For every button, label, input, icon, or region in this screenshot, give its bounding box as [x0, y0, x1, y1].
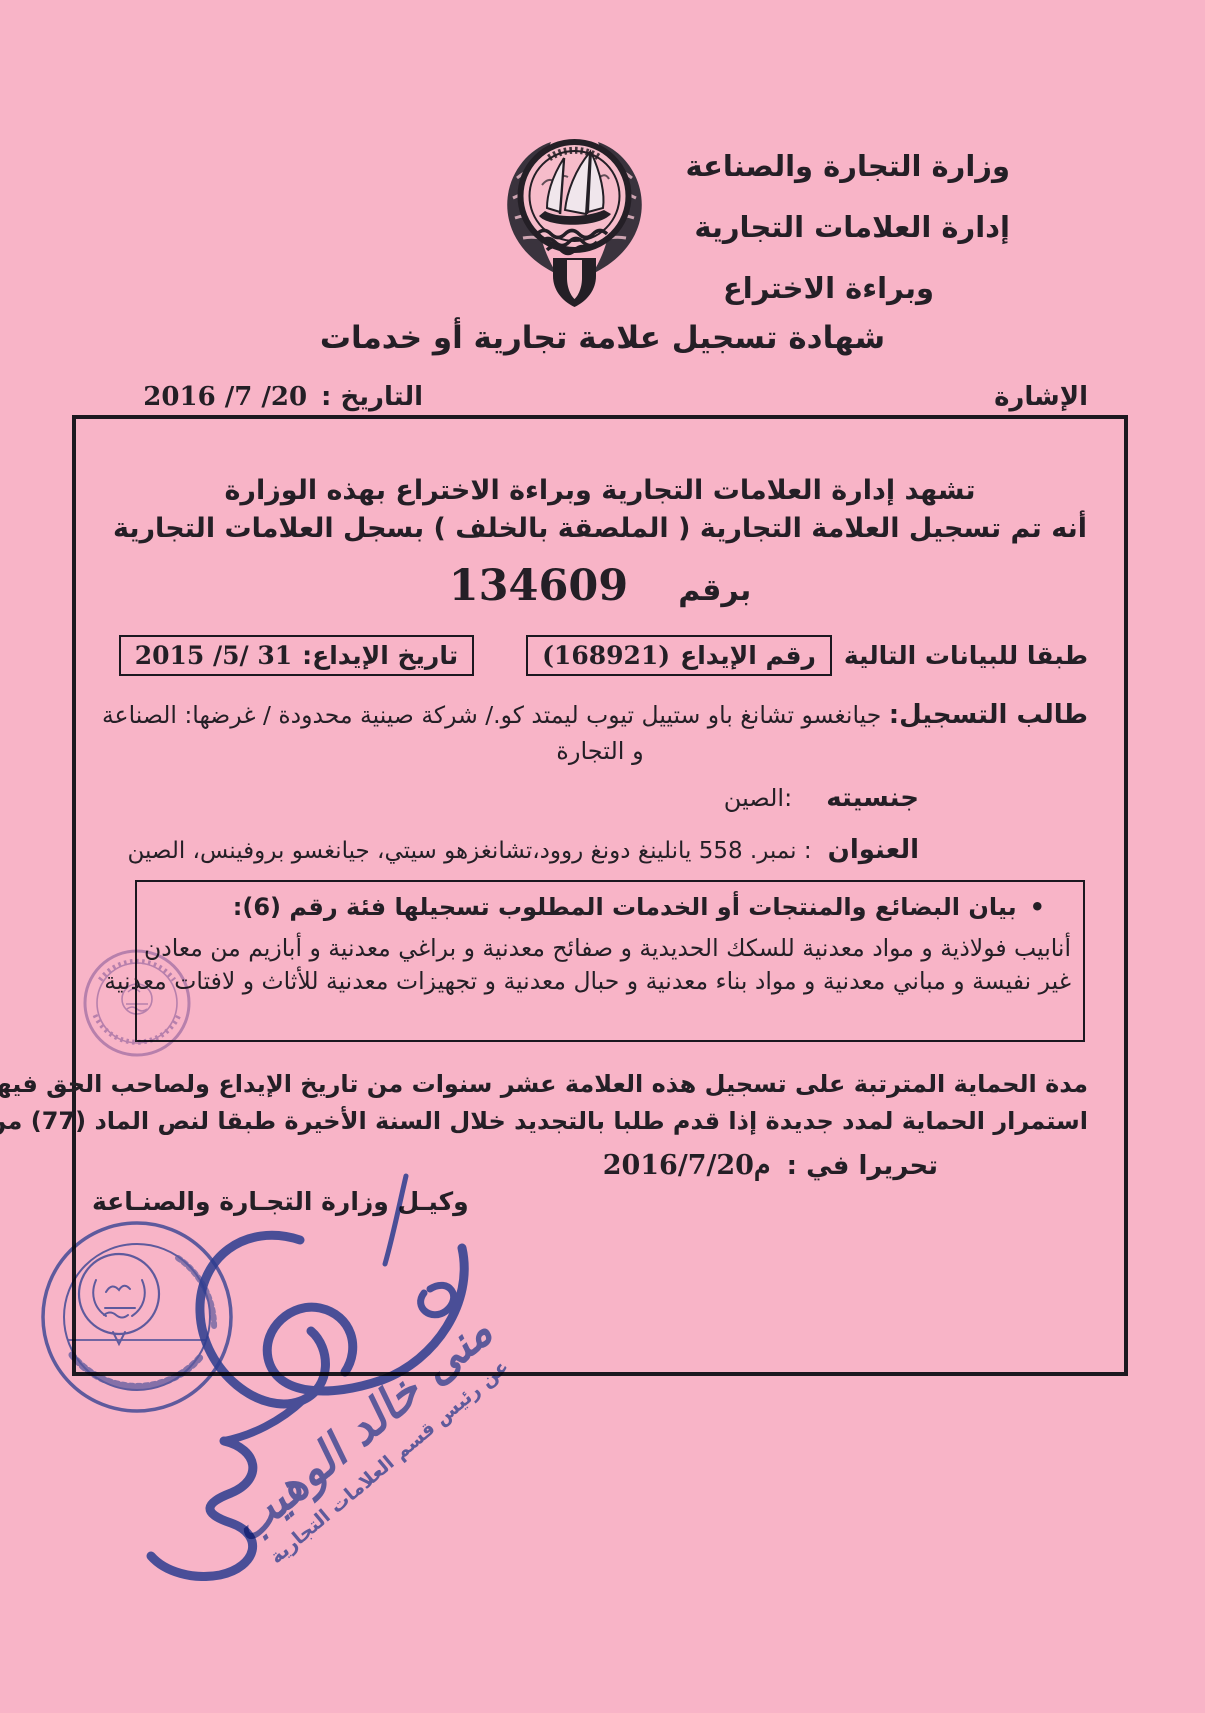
filing-date-box: تاريخ الإيداع: 2015 /5/ 31 — [119, 635, 474, 676]
issued-at-value: 2016/7/20م — [603, 1150, 771, 1181]
issue-date-row: التاريخ : 2016 /7 /20 — [143, 382, 423, 412]
goods-heading: بيان البضائع والمنتجات أو الخدمات المطلو… — [233, 893, 1017, 921]
registration-number-label: برقم — [678, 573, 751, 608]
certificate-body-box: تشهد إدارة العلامات التجارية وبراءة الاخ… — [72, 415, 1128, 1376]
signatory-title: وكيـل وزارة التجـارة والصنـاعة — [92, 1187, 469, 1216]
filing-number-label: رقم الإيداع — [680, 641, 816, 670]
applicant-row: طالب التسجيل: جيانغسو تشانغ باو ستييل تي… — [90, 700, 1088, 730]
ministry-line-1: وزارة التجارة والصناعة — [686, 136, 1011, 197]
filing-date-value: 2015 /5/ 31 — [135, 641, 292, 670]
bullet-icon: • — [1030, 893, 1045, 921]
reference-label: الإشارة — [994, 382, 1088, 412]
address-row: العنوان : نمبر. 558 يانلينغ دونغ روود،تش… — [127, 835, 919, 865]
filing-date-label: تاريخ الإيداع: — [302, 641, 458, 670]
document-title: شهادة تسجيل علامة تجارية أو خدمات — [0, 320, 1205, 356]
nationality-row: جنسيته :الصين — [724, 783, 919, 813]
filing-number-value: (168921) — [542, 641, 670, 670]
trademark-certificate-page: وزارة التجارة والصناعة إدارة العلامات ال… — [0, 0, 1205, 1713]
issued-at-row: تحريرا في : 2016/7/20م — [603, 1150, 938, 1181]
kuwait-emblem-icon — [487, 108, 662, 312]
protection-line-2: استمرار الحماية لمدد جديدة إذا قدم طلبا … — [96, 1107, 1088, 1135]
nationality-label: جنسيته — [826, 783, 919, 813]
nationality-value: :الصين — [724, 784, 792, 812]
registration-number-row: برقم 134609 — [76, 561, 1124, 611]
address-value: : نمبر. 558 يانلينغ دونغ روود،تشانغزهو س… — [127, 838, 811, 864]
goods-heading-row: • بيان البضائع والمنتجات أو الخدمات المط… — [149, 893, 1045, 921]
registration-number-value: 134609 — [449, 561, 629, 611]
applicant-label: طالب التسجيل: — [889, 700, 1088, 730]
applicant-value: جيانغسو تشانغ باو ستييل تيوب ليمتد كو./ … — [102, 701, 881, 729]
date-value: 2016 /7 /20 — [143, 382, 307, 412]
attestation-line-2: أنه تم تسجيل العلامة التجارية ( الملصقة … — [76, 513, 1124, 544]
ministry-line-3: وبراءة الاختراع — [686, 258, 935, 319]
filing-data-intro: طبقا للبيانات التالية — [844, 641, 1088, 670]
filing-data-row: طبقا للبيانات التالية رقم الإيداع (16892… — [76, 635, 1124, 676]
filing-number-box: رقم الإيداع (168921) — [526, 635, 832, 676]
ministry-header: وزارة التجارة والصناعة إدارة العلامات ال… — [686, 136, 1011, 319]
address-label: العنوان — [828, 835, 919, 865]
issued-at-label: تحريرا في : — [787, 1151, 938, 1181]
goods-line-1: أنابيب فولاذية و مواد معدنية للسكك الحدي… — [145, 934, 1071, 962]
ministry-line-2: إدارة العلامات التجارية — [686, 197, 1011, 258]
goods-description-box: • بيان البضائع والمنتجات أو الخدمات المط… — [135, 880, 1085, 1042]
attestation-line-1: تشهد إدارة العلامات التجارية وبراءة الاخ… — [76, 475, 1124, 506]
applicant-value-continued: و التجارة — [76, 737, 1124, 765]
protection-line-1: مدة الحماية المترتبة على تسجيل هذه العلا… — [96, 1070, 1088, 1098]
goods-line-2: غير نفيسة و مباني معدنية و مواد بناء معد… — [145, 967, 1071, 995]
date-label: التاريخ : — [321, 382, 423, 412]
